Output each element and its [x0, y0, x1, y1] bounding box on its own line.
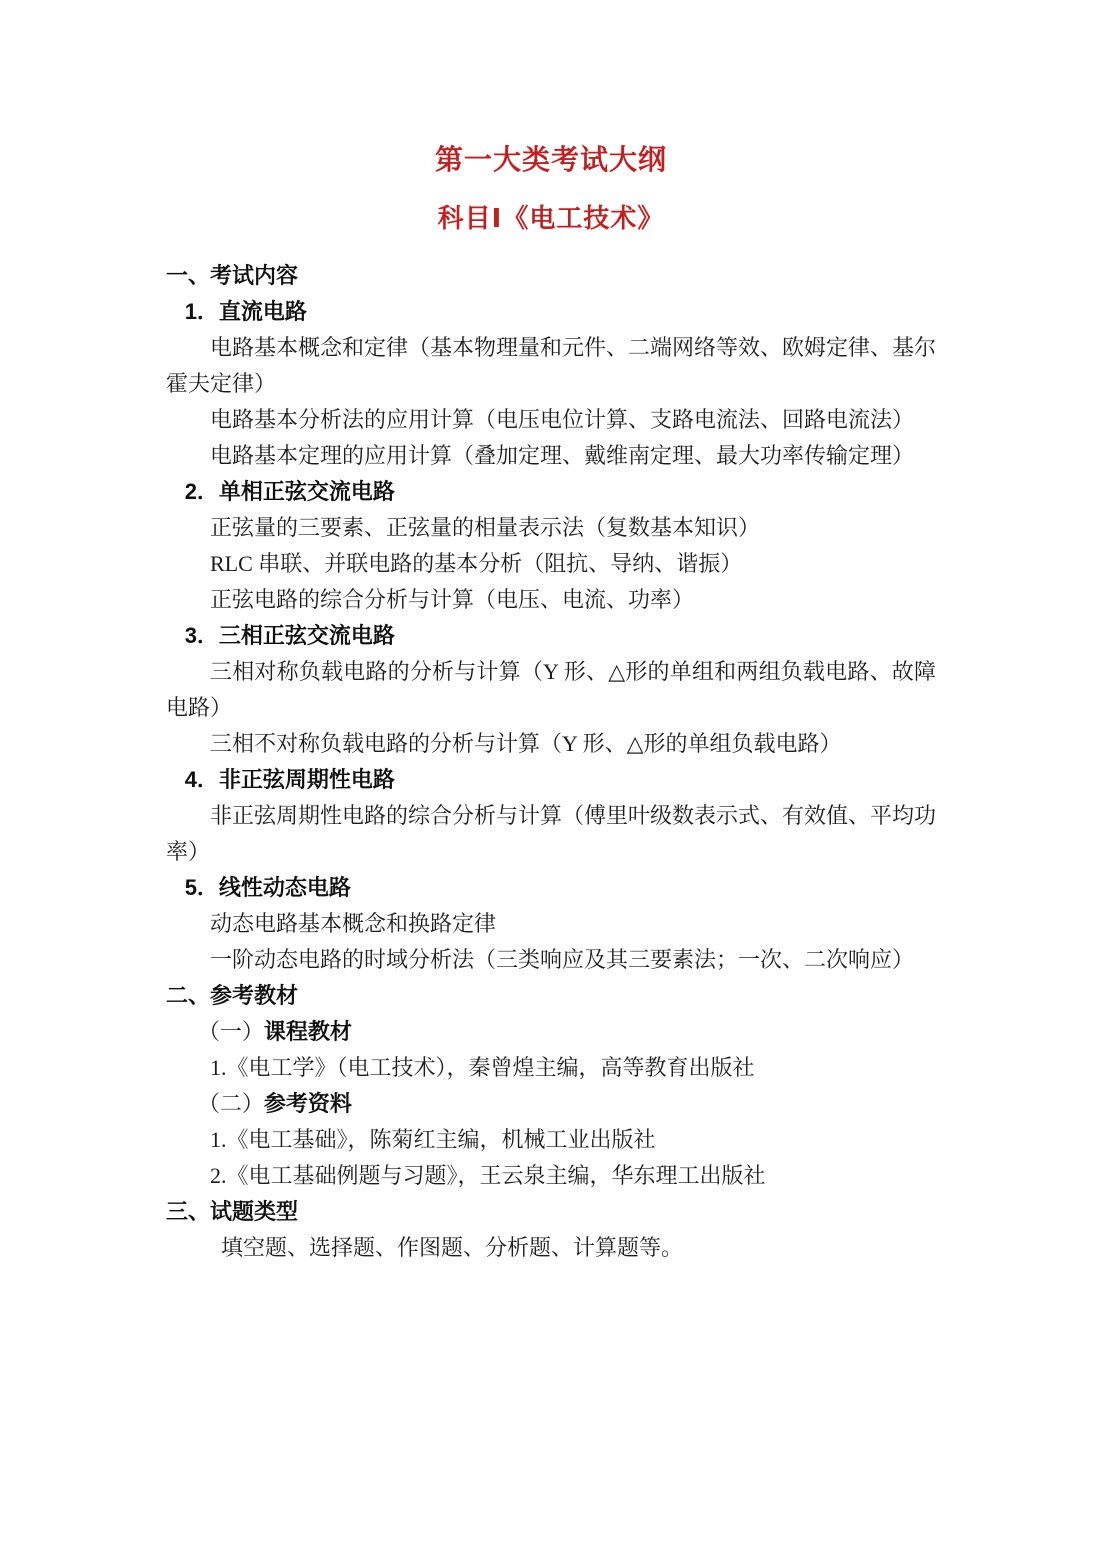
body-paragraph: 电路基本概念和定律（基本物理量和元件、二端网络等效、欧姆定律、基尔霍夫定律）: [166, 330, 936, 402]
document-subtitle: 科目Ⅰ《电工技术》: [166, 199, 936, 237]
body-paragraph: 非正弦周期性电路的综合分析与计算（傅里叶级数表示式、有效值、平均功率）: [166, 798, 936, 870]
body-paragraph: RLC 串联、并联电路的基本分析（阻抗、导纳、谐振）: [166, 546, 936, 582]
body-paragraph: 三相对称负载电路的分析与计算（Y 形、△形的单组和两组负载电路、故障电路）: [166, 654, 936, 726]
chapter-heading-three-phase-ac: 3．三相正弦交流电路: [166, 618, 936, 654]
section-heading-reference-books: 二、参考教材: [166, 978, 936, 1014]
subsection-prefix: （二）: [198, 1091, 264, 1116]
subsection-label: 参考资料: [264, 1091, 352, 1116]
body-paragraph: 电路基本定理的应用计算（叠加定理、戴维南定理、最大功率传输定理）: [166, 438, 936, 474]
body-paragraph: 动态电路基本概念和换路定律: [166, 906, 936, 942]
reference-item: 2.《电工基础例题与习题》，王云泉主编，华东理工出版社: [166, 1158, 936, 1194]
body-paragraph: 电路基本分析法的应用计算（电压电位计算、支路电流法、回路电流法）: [166, 402, 936, 438]
subsection-label: 课程教材: [264, 1019, 352, 1044]
subsection-prefix: （一）: [198, 1019, 264, 1044]
question-types-line: 填空题、选择题、作图题、分析题、计算题等。: [166, 1230, 936, 1266]
section-heading-question-types: 三、试题类型: [166, 1194, 936, 1230]
reference-item: 1.《电工基础》，陈菊红主编，机械工业出版社: [166, 1122, 936, 1158]
body-paragraph: 三相不对称负载电路的分析与计算（Y 形、△形的单组负载电路）: [166, 726, 936, 762]
body-paragraph: 一阶动态电路的时域分析法（三类响应及其三要素法；一次、二次响应）: [166, 942, 936, 978]
document-page: 第一大类考试大纲 科目Ⅰ《电工技术》 一、考试内容 1．直流电路 电路基本概念和…: [0, 0, 1102, 1559]
chapter-heading-linear-dynamic: 5．线性动态电路: [166, 870, 936, 906]
reference-item: 1.《电工学》（电工技术），秦曾煌主编，高等教育出版社: [166, 1050, 936, 1086]
body-paragraph: 正弦量的三要素、正弦量的相量表示法（复数基本知识）: [166, 510, 936, 546]
section-heading-exam-content: 一、考试内容: [166, 258, 936, 294]
chapter-heading-nonsinusoidal: 4．非正弦周期性电路: [166, 762, 936, 798]
subsection-heading-course-textbook: （一）课程教材: [166, 1014, 936, 1050]
chapter-heading-single-phase-ac: 2．单相正弦交流电路: [166, 474, 936, 510]
subsection-heading-reference-material: （二）参考资料: [166, 1086, 936, 1122]
chapter-heading-dc-circuit: 1．直流电路: [166, 294, 936, 330]
document-title: 第一大类考试大纲: [166, 140, 936, 180]
body-paragraph: 正弦电路的综合分析与计算（电压、电流、功率）: [166, 582, 936, 618]
